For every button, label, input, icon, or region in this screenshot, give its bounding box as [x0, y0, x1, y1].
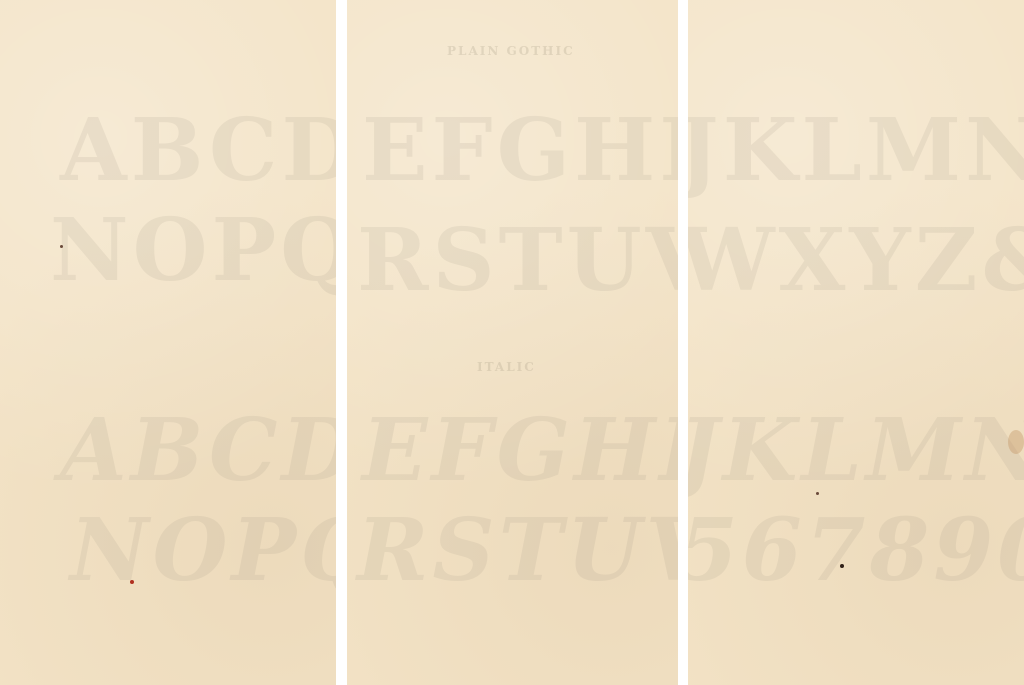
ghost-text: RSTUV: [357, 210, 678, 311]
stain-spot: [816, 492, 819, 495]
ghost-text: 567890: [688, 500, 1024, 601]
ghost-text: JKLMNOP: [688, 400, 1024, 501]
stain-spot: [130, 580, 134, 584]
paper-panel-middle: PLAIN GOTHIC EFGHI RSTUV ITALIC EFGHI RS…: [347, 0, 678, 685]
ghost-text: RSTUV: [357, 500, 678, 601]
ghost-text: ABCD: [60, 400, 336, 501]
ghost-text: NOPQ: [50, 200, 336, 301]
ghost-header: PLAIN GOTHIC: [447, 44, 575, 58]
ghost-text: WXYZ&: [688, 210, 1024, 311]
stain-spot: [1008, 430, 1024, 454]
stain-spot: [840, 564, 844, 568]
ghost-text: ABCD: [60, 100, 336, 201]
paper-panel-left: ABCD NOPQ ABCD NOPQ: [0, 0, 336, 685]
ghost-subheader: ITALIC: [477, 360, 536, 374]
stain-spot: [60, 245, 63, 248]
ghost-text: EFGHI: [362, 400, 678, 501]
ghost-text: EFGHI: [362, 100, 678, 201]
ghost-text: NOPQ: [70, 500, 336, 601]
ghost-text: JKLMNOP: [688, 100, 1024, 201]
paper-panel-right: JKLMNOP WXYZ& JKLMNOP 567890: [688, 0, 1024, 685]
